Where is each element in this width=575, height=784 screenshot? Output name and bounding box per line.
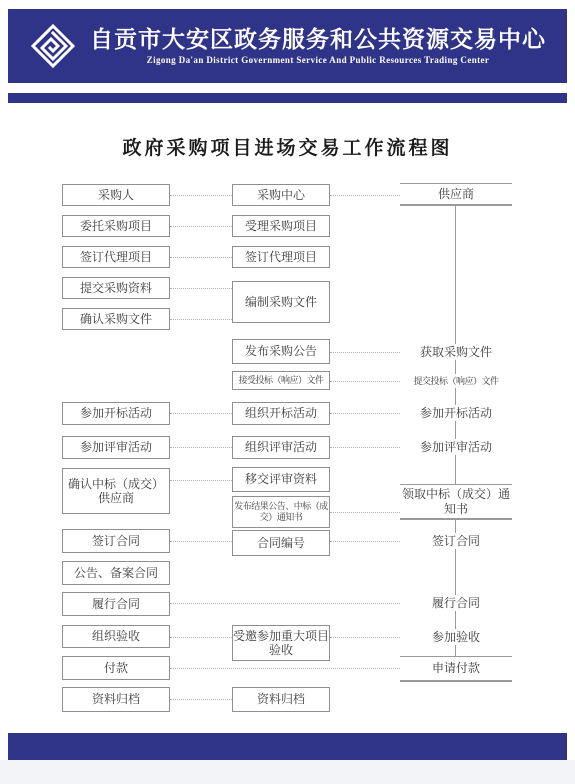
contract-numbering: 合同编号 (232, 530, 330, 556)
connector (330, 512, 400, 513)
flowchart: 采购人 委托采购项目 签订代理项目 提交采购资料 确认采购文件 参加开标活动 参… (0, 0, 575, 784)
page-bottom-strip (0, 760, 575, 784)
sign-contract-supplier: 签订合同 (400, 533, 512, 549)
payment: 付款 (62, 656, 170, 680)
receive-award-notice: 领取中标（成交）通知书 (400, 484, 512, 520)
submit-procurement-materials: 提交采购资料 (62, 277, 170, 299)
invited-major-acceptance: 受邀参加重大项目验收 (232, 625, 330, 661)
connector (170, 319, 232, 320)
attend-evaluation-supplier: 参加评审活动 (400, 439, 512, 455)
confirm-winning-supplier: 确认中标（成交）供应商 (62, 468, 170, 514)
apply-payment: 申请付款 (400, 656, 512, 682)
confirm-procurement-documents: 确认采购文件 (62, 308, 170, 330)
connector (170, 699, 232, 700)
publish-result-announcement: 发布结果公告、中标（成交）通知书 (232, 496, 330, 528)
page: 自贡市大安区政务服务和公共资源交易中心 Zigong Da'an Distric… (0, 0, 575, 784)
supplier-header: 供应商 (400, 183, 512, 206)
connector (170, 226, 232, 227)
connector (170, 480, 232, 481)
receive-bid-documents: 接受投标（响应）文件 (232, 371, 330, 390)
connector (170, 447, 232, 448)
connector (330, 541, 400, 542)
prepare-procurement-documents: 编制采购文件 (232, 281, 330, 323)
connector (170, 257, 232, 258)
organize-acceptance: 组织验收 (62, 625, 170, 648)
footer-bar (8, 733, 567, 760)
submit-bid-documents: 提交投标（响应）文件 (400, 374, 512, 388)
connector (330, 447, 400, 448)
sign-agency-agreement: 签订代理项目 (62, 246, 170, 268)
connector (330, 352, 400, 353)
purchaser-header: 采购人 (62, 184, 170, 206)
attend-bid-opening-supplier: 参加开标活动 (400, 405, 512, 421)
sign-agency-agreement-center: 签订代理项目 (232, 246, 330, 268)
sign-contract: 签订合同 (62, 529, 170, 553)
attend-acceptance: 参加验收 (400, 629, 512, 645)
attend-evaluation: 参加评审活动 (62, 436, 170, 459)
publish-announcement: 发布采购公告 (232, 339, 330, 364)
announce-file-contract: 公告、备案合同 (62, 561, 170, 585)
accept-project: 受理采购项目 (232, 215, 330, 237)
procurement-center-header: 采购中心 (232, 184, 330, 206)
perform-contract-supplier: 履行合同 (400, 595, 512, 611)
connector (330, 381, 400, 382)
entrust-project: 委托采购项目 (62, 215, 170, 237)
perform-contract: 履行合同 (62, 592, 170, 616)
connector (170, 195, 232, 196)
obtain-documents: 获取采购文件 (400, 344, 512, 360)
connector (170, 541, 232, 542)
connector (170, 637, 232, 638)
connector (330, 195, 400, 196)
connector (330, 413, 400, 414)
connector (170, 603, 400, 604)
connector (170, 668, 400, 669)
connector (170, 288, 232, 289)
connector (170, 413, 232, 414)
attend-bid-opening: 参加开标活动 (62, 402, 170, 425)
organize-evaluation: 组织评审活动 (232, 436, 330, 459)
connector (330, 637, 400, 638)
transfer-evaluation-materials: 移交评审资料 (232, 467, 330, 492)
archive-materials-center: 资料归档 (232, 687, 330, 712)
archive-materials: 资料归档 (62, 687, 170, 712)
organize-bid-opening: 组织开标活动 (232, 402, 330, 425)
